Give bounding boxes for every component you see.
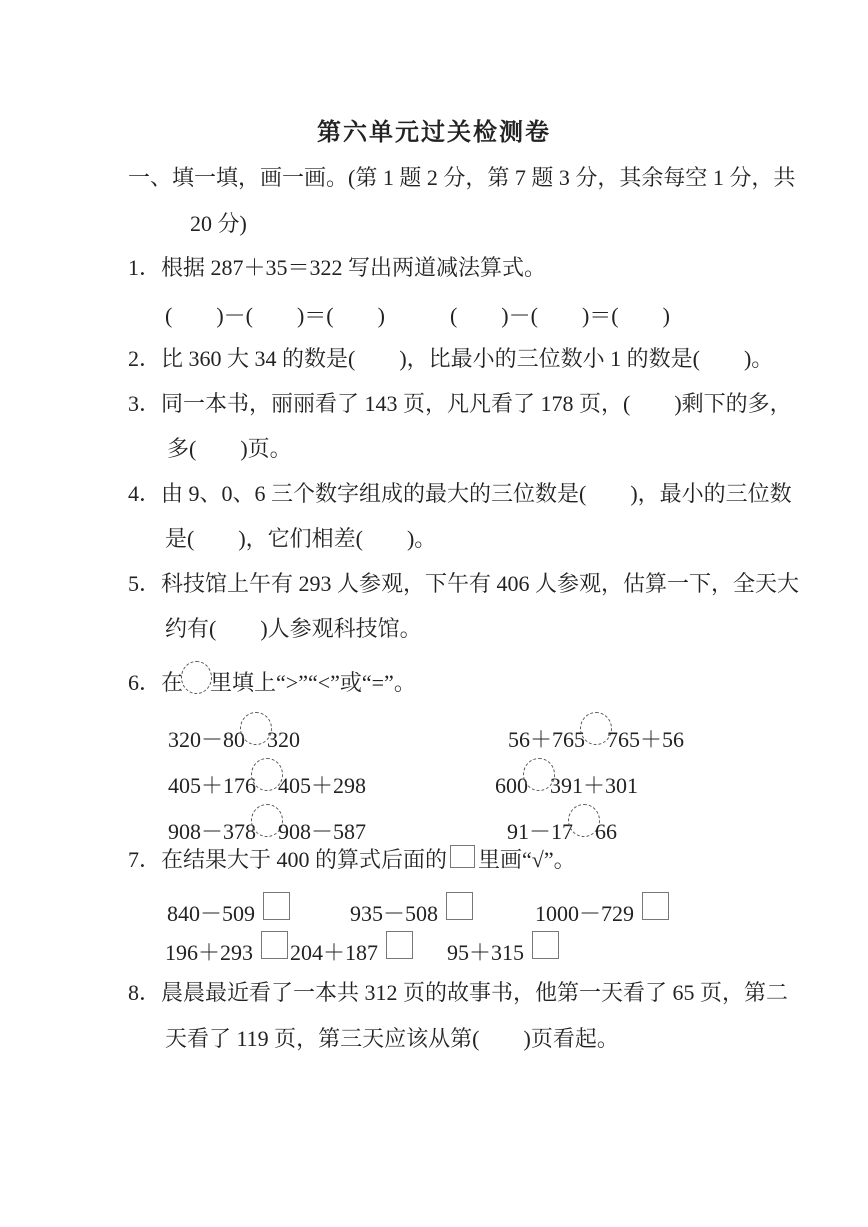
question-3-text-line1: 3．同一本书，丽丽看了 143 页，凡凡看了 178 页，( )剩下的多， xyxy=(128,389,792,423)
check-expression: 840－509 xyxy=(167,892,290,929)
question-8-text-line1: 8．晨晨最近看了一本共 312 页的故事书，他第一天看了 65 页，第二 xyxy=(128,978,788,1012)
expression-right: 765＋56 xyxy=(607,727,684,752)
expression-right: 391＋301 xyxy=(550,773,638,798)
question-5-text-line1: 5．科技馆上午有 293 人参观，下午有 406 人参观，估算一下，全天大 xyxy=(128,569,799,603)
comparison-expression: 600391＋301 xyxy=(495,758,638,801)
question-7-text: 7．在结果大于 400 的算式后面的里画“√”。 xyxy=(128,845,576,879)
comparison-expression: 405＋176405＋298 xyxy=(168,758,366,801)
check-expression: 196＋293 xyxy=(165,931,288,968)
expression-left: 908－378 xyxy=(168,819,256,844)
q6-row-3: 908－378908－587 91－1766 xyxy=(0,804,868,844)
expression-right: 405＋298 xyxy=(278,773,366,798)
check-box-icon xyxy=(450,845,475,868)
worksheet-page: 第六单元过关检测卷 一、填一填，画一画。(第 1 题 2 分，第 7 题 3 分… xyxy=(0,0,868,1227)
check-box-icon xyxy=(532,931,559,959)
comparison-expression: 56＋765765＋56 xyxy=(508,712,684,755)
expression-right: 66 xyxy=(595,819,617,844)
expression: 935－508 xyxy=(350,901,438,926)
check-expression: 95＋315 xyxy=(447,931,559,968)
check-box-icon xyxy=(446,892,473,920)
expression: 196＋293 xyxy=(165,940,253,965)
q6-row-2: 405＋176405＋298 600391＋301 xyxy=(0,758,868,798)
check-box-icon xyxy=(261,931,288,959)
expression-left: 405＋176 xyxy=(168,773,256,798)
question-6-prefix: 6．在 xyxy=(128,670,183,695)
question-6-text: 6．在里填上“>”“<”或“=”。 xyxy=(128,661,416,695)
question-3-text-line2: 多( )页。 xyxy=(167,434,292,468)
question-4-text-line1: 4．由 9、0、6 三个数字组成的最大的三位数是( )，最小的三位数 xyxy=(128,479,792,513)
question-1-text: 1．根据 287＋35＝322 写出两道减法算式。 xyxy=(128,253,546,287)
question-4-text-line2: 是( )，它们相差( )。 xyxy=(165,524,436,558)
comparison-expression: 91－1766 xyxy=(507,804,617,847)
q7-row-1: 840－509 935－508 1000－729 xyxy=(0,892,868,932)
section-heading-line1: 一、填一填，画一画。(第 1 题 2 分，第 7 题 3 分，其余每空 1 分，… xyxy=(128,163,795,197)
q6-row-1: 320－80320 56＋765765＋56 xyxy=(0,712,868,752)
question-5-text-line2: 约有( )人参观科技馆。 xyxy=(165,614,422,648)
q7-row-2: 196＋293 204＋187 95＋315 xyxy=(0,931,868,971)
expression-left: 56＋765 xyxy=(508,727,585,752)
question-1-answer-line: ( )－( )＝( )( )－( )＝( ) xyxy=(165,301,670,335)
section-heading-line2: 20 分) xyxy=(190,209,247,243)
check-expression: 1000－729 xyxy=(535,892,669,929)
subtraction-blank-group-1: ( )－( )＝( ) xyxy=(165,303,385,328)
question-7-suffix: 里画“√”。 xyxy=(478,847,576,872)
comparison-expression: 908－378908－587 xyxy=(168,804,366,847)
question-6-suffix: 里填上“>”“<”或“=”。 xyxy=(210,670,416,695)
check-box-icon xyxy=(386,931,413,959)
expression: 95＋315 xyxy=(447,940,524,965)
question-8-text-line2: 天看了 119 页，第三天应该从第( )页看起。 xyxy=(165,1024,619,1058)
expression: 204＋187 xyxy=(290,940,378,965)
question-2-text: 2．比 360 大 34 的数是( )，比最小的三位数小 1 的数是( )。 xyxy=(128,344,773,378)
expression-left: 91－17 xyxy=(507,819,573,844)
check-expression: 204＋187 xyxy=(290,931,413,968)
expression-right: 320 xyxy=(267,727,300,752)
expression-left: 320－80 xyxy=(168,727,245,752)
comparison-expression: 320－80320 xyxy=(168,712,300,755)
check-box-icon xyxy=(263,892,290,920)
check-expression: 935－508 xyxy=(350,892,473,929)
check-box-icon xyxy=(642,892,669,920)
expression: 1000－729 xyxy=(535,901,634,926)
expression: 840－509 xyxy=(167,901,255,926)
question-7-prefix: 7．在结果大于 400 的算式后面的 xyxy=(128,847,447,872)
comparison-circle-icon xyxy=(181,661,212,694)
expression-right: 908－587 xyxy=(278,819,366,844)
subtraction-blank-group-2: ( )－( )＝( ) xyxy=(450,303,670,328)
page-title: 第六单元过关检测卷 xyxy=(0,112,868,147)
